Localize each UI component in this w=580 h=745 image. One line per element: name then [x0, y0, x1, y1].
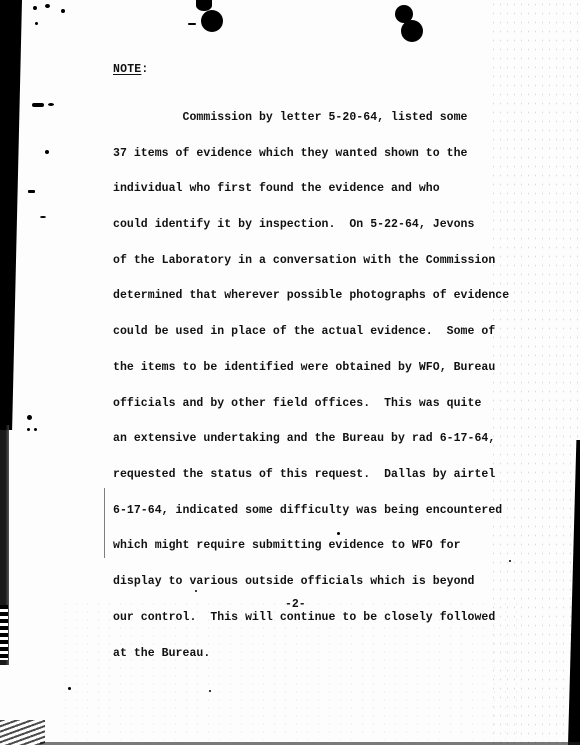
paragraph-line: requested the status of this request. Da…: [113, 469, 533, 481]
paragraph-line: of the Laboratory in a conversation with…: [113, 255, 533, 267]
speck: [27, 428, 30, 431]
speck: [45, 4, 50, 8]
speck: [28, 190, 35, 193]
speck: [33, 6, 37, 10]
paragraph-line: could be used in place of the actual evi…: [113, 326, 533, 338]
paragraph-line: at the Bureau.: [113, 648, 533, 660]
speck: [45, 150, 49, 154]
speck: [104, 488, 105, 558]
scan-fragment-left: [0, 605, 8, 660]
speck: [68, 687, 71, 690]
paragraph-line: display to various outside officials whi…: [113, 576, 533, 588]
speck: [35, 22, 38, 25]
paragraph-line: 37 items of evidence which they wanted s…: [113, 148, 533, 160]
note-heading-colon: :: [141, 63, 148, 76]
paragraph-line: could identify it by inspection. On 5-22…: [113, 219, 533, 231]
scan-border-left: [0, 0, 22, 430]
speck: [32, 103, 44, 107]
speck: [188, 23, 196, 25]
note-heading-label: NOTE: [113, 63, 141, 76]
speck: [48, 103, 54, 106]
punch-hole-icon: [201, 10, 223, 32]
scan-corner-mark: [0, 720, 45, 745]
speck: [40, 216, 46, 218]
note-heading: NOTE:: [113, 63, 149, 76]
paragraph-line: officials and by other field offices. Th…: [113, 398, 533, 410]
punch-hole-icon: [401, 20, 423, 42]
paragraph-line: an extensive undertaking and the Bureau …: [113, 433, 533, 445]
paragraph-line: 6-17-64, indicated some difficulty was b…: [113, 505, 533, 517]
speck: [27, 415, 32, 420]
page-number: -2-: [285, 598, 306, 611]
paragraph-line: our control. This will continue to be cl…: [113, 612, 533, 624]
speck: [34, 428, 37, 431]
paragraph-line: the items to be identified were obtained…: [113, 362, 533, 374]
paragraph-line: which might require submitting evidence …: [113, 540, 533, 552]
paragraph-line: individual who first found the evidence …: [113, 183, 533, 195]
note-paragraph: Commission by letter 5-20-64, listed som…: [113, 88, 533, 671]
paragraph-line: Commission by letter 5-20-64, listed som…: [113, 112, 533, 124]
paragraph-line: determined that wherever possible photog…: [113, 290, 533, 302]
speck: [209, 690, 211, 692]
speck: [61, 9, 65, 13]
